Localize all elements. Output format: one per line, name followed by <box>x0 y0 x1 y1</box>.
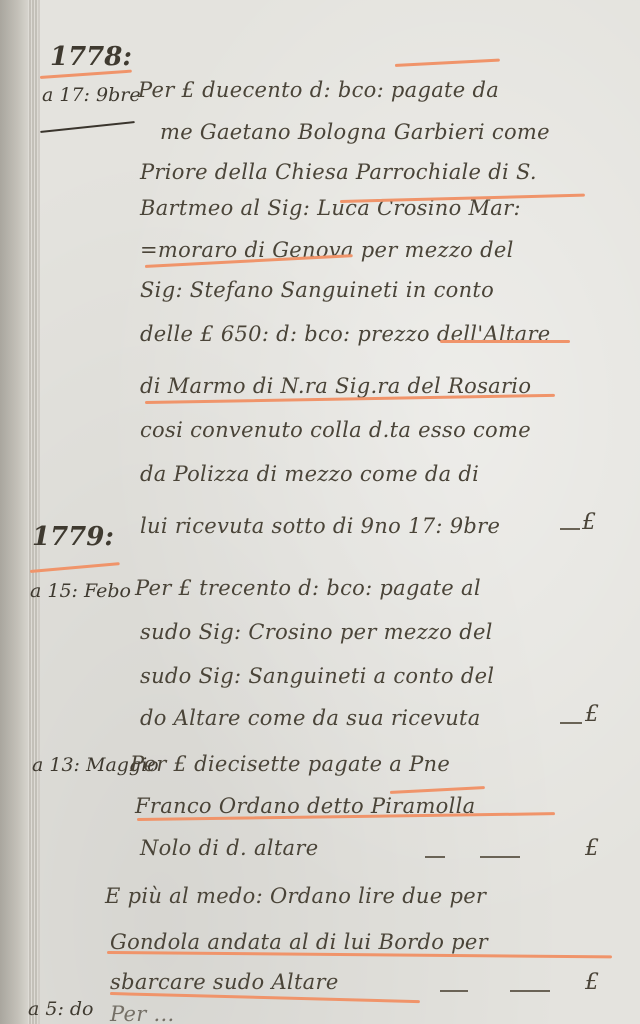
margin-pound-sign: £ <box>585 702 599 727</box>
entry-1-line-2: me Gaetano Bologna Garbieri come <box>160 120 550 144</box>
entry-2-date: a 15: Febo <box>30 580 131 602</box>
entry-4-line-1: Per ... <box>110 1002 174 1024</box>
ledger-page: 1778: a 17: 9bre Per £ duecento d: bco: … <box>40 0 640 1024</box>
entry-1-line-9: cosi convenuto colla d.ta esso come <box>140 418 531 442</box>
entry-1-year: 1778: <box>50 42 132 72</box>
entry-3-line-6: sbarcare sudo Altare <box>110 970 339 994</box>
year-1779-underline <box>30 562 120 573</box>
entry-3-line-5: Gondola andata al di lui Bordo per <box>110 930 488 954</box>
amount-dash <box>480 856 520 858</box>
entry-3-line-4: E più al medo: Ordano lire due per <box>105 884 486 908</box>
amount-dash <box>425 856 445 858</box>
underline-altare <box>440 340 570 343</box>
margin-pound-sign: £ <box>582 510 596 535</box>
entry-3-line-1: Per £ diecisette pagate a Pne <box>130 752 450 776</box>
amount-dash <box>560 722 582 724</box>
entry-2-line-2: sudo Sig: Crosino per mezzo del <box>140 620 493 644</box>
entry-2-line-4: do Altare come da sua ricevuta <box>140 706 481 730</box>
entry-1-line-3: Priore della Chiesa Parrochiale di S. <box>140 160 537 184</box>
entry-1-line-6: Sig: Stefano Sanguineti in conto <box>140 278 494 302</box>
entry-1-date: a 17: 9bre <box>42 84 141 106</box>
page-edges <box>28 0 38 1024</box>
entry-1-line-1: Per £ duecento d: bco: pagate da <box>138 78 499 102</box>
margin-pound-sign: £ <box>585 970 599 995</box>
entry-1-line-10: da Polizza di mezzo come da di <box>140 462 479 486</box>
entry-3-line-3: Nolo di d. altare <box>140 836 318 860</box>
entry-1-ink-rule <box>40 121 135 133</box>
entry-2-year: 1779: <box>32 522 114 552</box>
entry-2-line-1: Per £ trecento d: bco: pagate al <box>135 576 481 600</box>
amount-dash <box>560 528 580 530</box>
underline-pagate-2 <box>390 786 485 794</box>
entry-4-date: a 5: do <box>28 998 94 1020</box>
entry-1-line-11: lui ricevuta sotto di 9no 17: 9bre <box>140 514 500 538</box>
amount-dash <box>510 990 550 992</box>
margin-pound-sign: £ <box>585 836 599 861</box>
underline-pagate <box>395 59 500 67</box>
amount-dash <box>440 990 468 992</box>
entry-2-line-3: sudo Sig: Sanguineti a conto del <box>140 664 494 688</box>
